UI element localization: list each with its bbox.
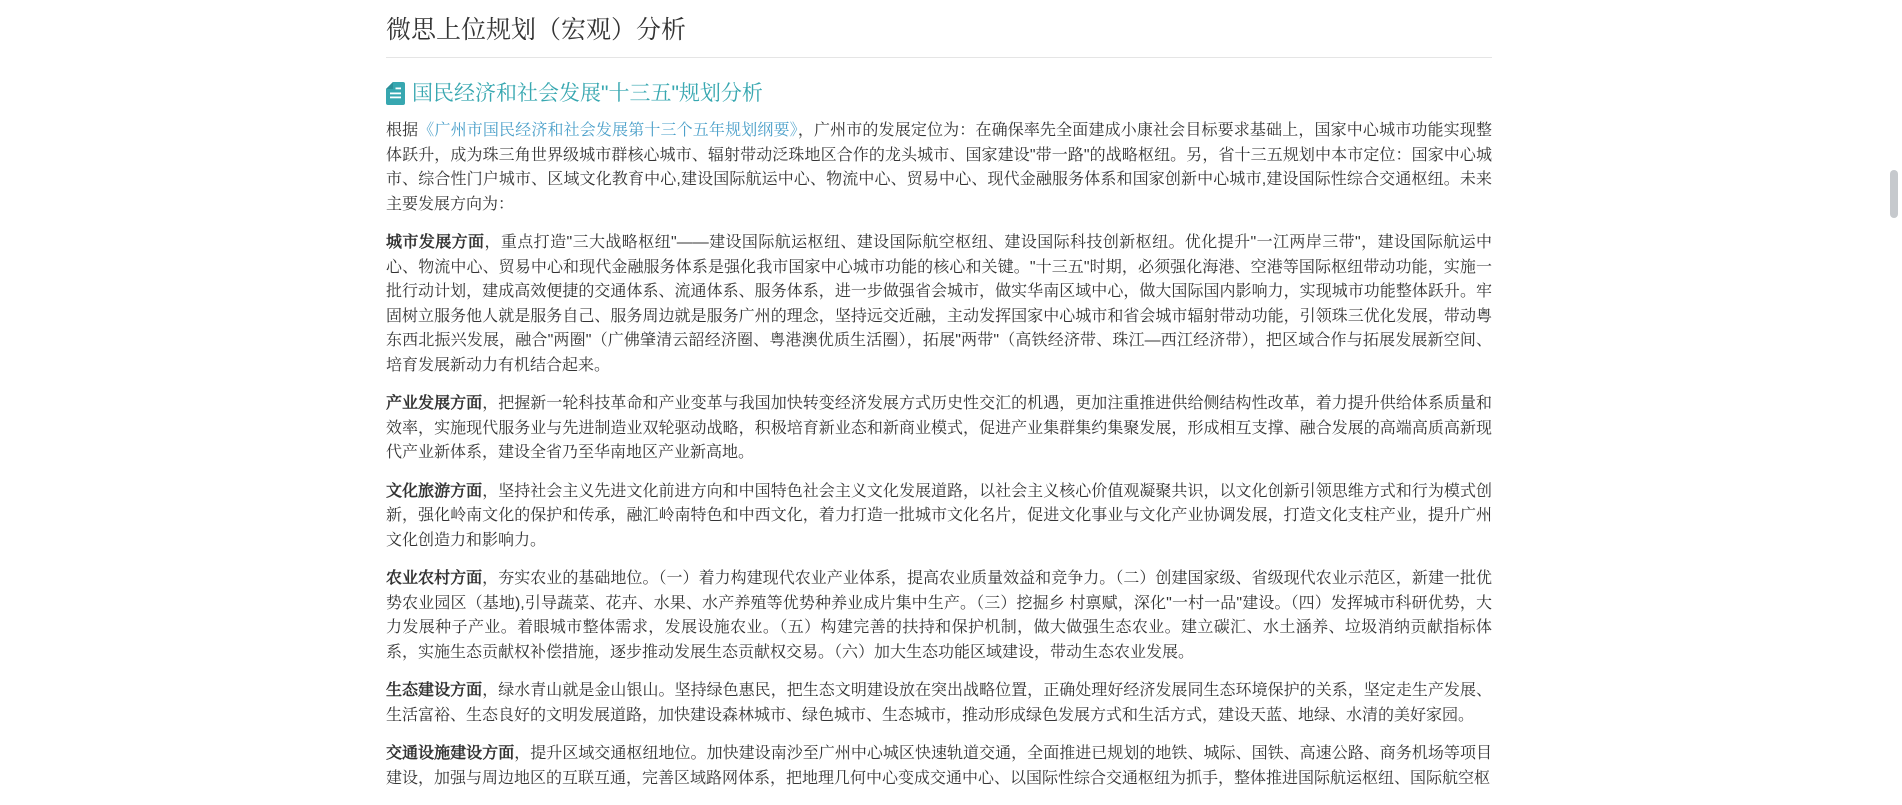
document-page: 微思上位规划（宏观）分析 国民经济和社会发展"十三五"规划分析 根据《广州市国民… [386, 0, 1492, 775]
scrollbar[interactable] [1886, 0, 1902, 775]
paragraph-text: ，重点打造"三大战略枢纽"——建设国际航运枢纽、建设国际航空枢纽、建设国际科技创… [386, 234, 1492, 374]
section-title: 国民经济和社会发展"十三五"规划分析 [386, 80, 1492, 107]
paragraph-lead: 生态建设方面 [386, 682, 482, 699]
paragraph-text: ，把握新一轮科技革命和产业变革与我国加快转变经济发展方式历史性交汇的机遇，更加注… [386, 395, 1492, 461]
paragraph-text: ，夯实农业的基础地位。（一）着力构建现代农业产业体系，提高农业质量效益和竞争力。… [386, 570, 1492, 661]
intro-paragraph: 根据《广州市国民经济和社会发展第十三个五年规划纲要》，广州市的发展定位为：在确保… [386, 119, 1492, 217]
divider [386, 57, 1492, 58]
paragraph-text: ，绿水青山就是金山银山。坚持绿色惠民，把生态文明建设放在突出战略位置，正确处理好… [386, 682, 1492, 724]
paragraph-culture-tourism: 文化旅游方面，坚持社会主义先进文化前进方向和中国特色社会主义文化发展道路，以社会… [386, 480, 1492, 554]
paragraph-lead: 农业农村方面 [386, 570, 482, 587]
scrollbar-thumb[interactable] [1890, 170, 1898, 218]
paragraph-industry-development: 产业发展方面，把握新一轮科技革命和产业变革与我国加快转变经济发展方式历史性交汇的… [386, 392, 1492, 466]
section-title-text: 国民经济和社会发展"十三五"规划分析 [412, 80, 763, 107]
plan-outline-link[interactable]: 《广州市国民经济和社会发展第十三个五年规划纲要》 [418, 122, 798, 139]
paragraph-lead: 产业发展方面 [386, 395, 482, 412]
paragraph-lead: 城市发展方面 [386, 234, 484, 251]
paragraph-urban-development: 城市发展方面，重点打造"三大战略枢纽"——建设国际航运枢纽、建设国际航空枢纽、建… [386, 231, 1492, 378]
paragraph-ecology: 生态建设方面，绿水青山就是金山银山。坚持绿色惠民，把生态文明建设放在突出战略位置… [386, 679, 1492, 728]
page-title: 微思上位规划（宏观）分析 [386, 14, 1492, 48]
document-icon [386, 82, 405, 105]
paragraph-agriculture-rural: 农业农村方面，夯实农业的基础地位。（一）着力构建现代农业产业体系，提高农业质量效… [386, 567, 1492, 665]
intro-prefix: 根据 [386, 122, 418, 139]
paragraph-transport-infrastructure: 交通设施建设方面，提升区域交通枢纽地位。加快建设南沙至广州中心城区快速轨道交通，… [386, 742, 1492, 775]
paragraph-lead: 文化旅游方面 [386, 483, 482, 500]
paragraph-lead: 交通设施建设方面 [386, 745, 514, 762]
paragraph-text: ，提升区域交通枢纽地位。加快建设南沙至广州中心城区快速轨道交通，全面推进已规划的… [386, 745, 1492, 775]
paragraph-text: ，坚持社会主义先进文化前进方向和中国特色社会主义文化发展道路，以社会主义核心价值… [386, 483, 1492, 549]
